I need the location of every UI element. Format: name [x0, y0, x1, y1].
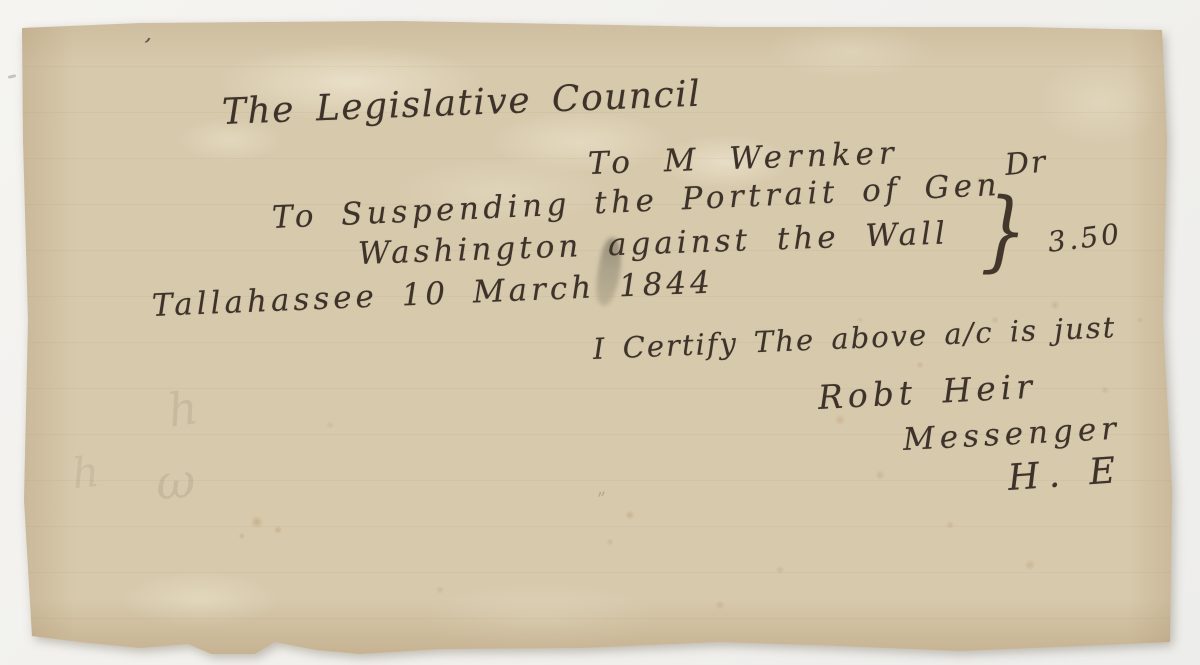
- signature-initials: H. E: [1007, 450, 1126, 499]
- document-paper: ʼ The Legislative Council To M Wernker D…: [20, 20, 1173, 654]
- place-and-date-line: Tallahassee 10 March 1844: [151, 264, 714, 324]
- amount-brace: }: [980, 178, 1028, 283]
- stray-ink-tick: ʼ: [139, 34, 151, 60]
- faint-pencil-mark-lower-left: h: [70, 447, 102, 499]
- background-speck: [8, 74, 16, 79]
- faint-pencil-mark-upper: h: [164, 380, 201, 438]
- scan-background: ʼ The Legislative Council To M Wernker D…: [0, 0, 1200, 665]
- faint-pencil-mark-lower-right: ω: [154, 453, 197, 512]
- signature-name: Robt Heir: [817, 367, 1038, 417]
- amount-value: 3.50: [1046, 217, 1124, 259]
- certification-line: I Certify The above a/c is just: [592, 310, 1117, 366]
- document-title-line: The Legislative Council: [221, 74, 702, 133]
- paper-shadow-wrap: ʼ The Legislative Council To M Wernker D…: [20, 20, 1173, 654]
- signature-title: Messenger: [902, 411, 1122, 458]
- faint-pencil-mark-small: „: [594, 477, 607, 499]
- debit-abbreviation: Dr: [1003, 144, 1048, 183]
